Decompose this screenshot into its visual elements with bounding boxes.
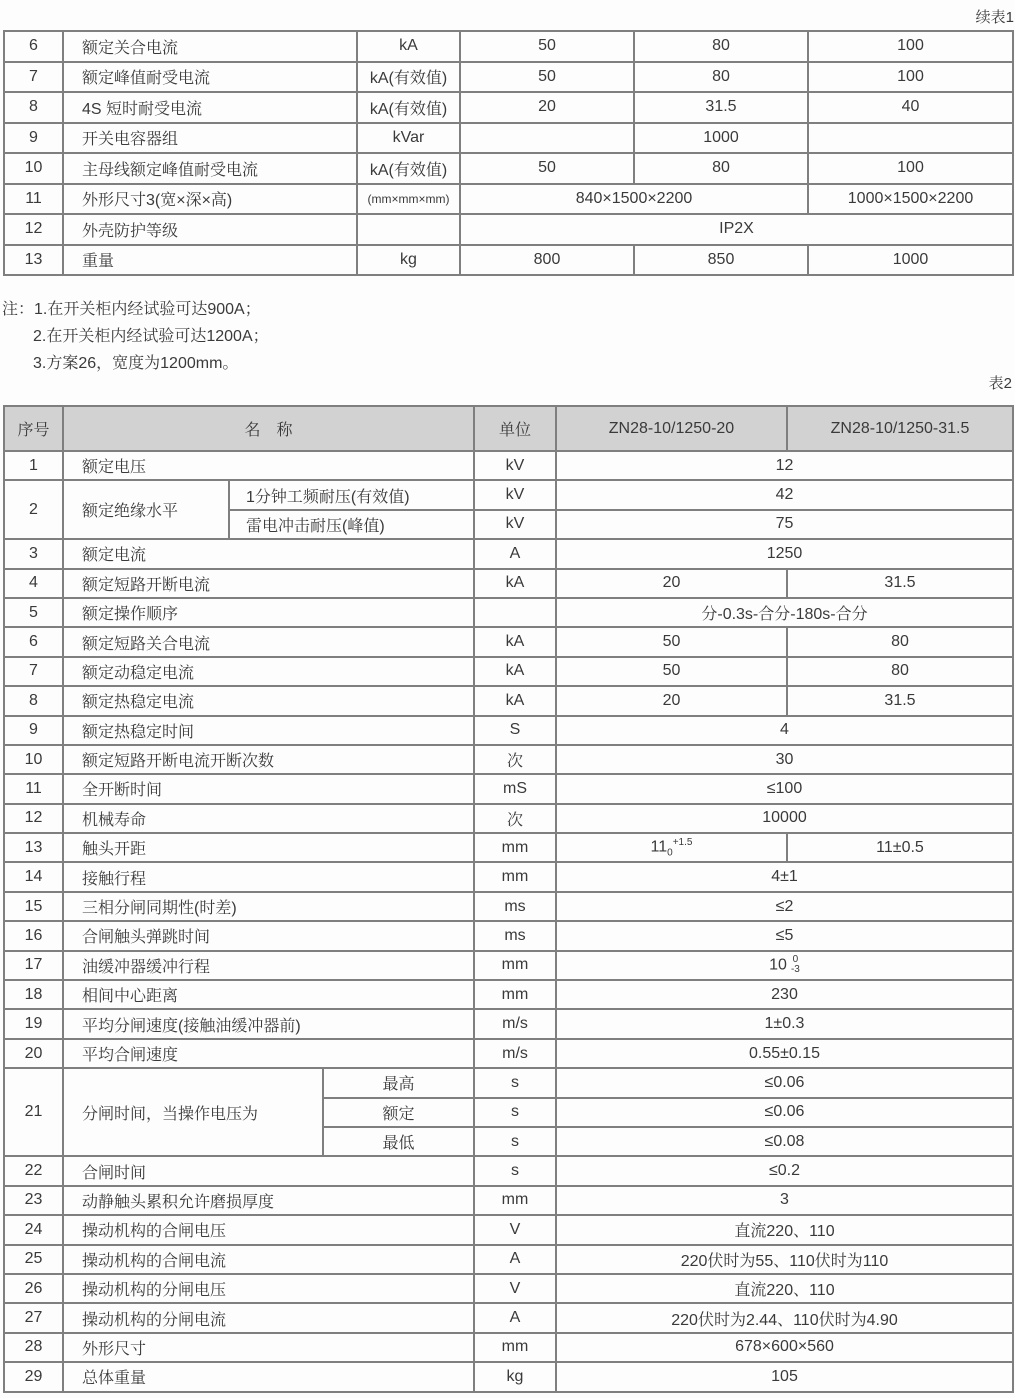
serial-cell: 11 (4, 184, 63, 215)
table-row: 27操动机构的分闸电流A220伏时为2.44、110伏时为4.90 (4, 1303, 1013, 1332)
serial-cell: 27 (4, 1303, 63, 1332)
serial-cell: 8 (4, 686, 63, 715)
name-cell: 额定短路关合电流 (63, 627, 474, 656)
value-cell: 1000×1500×2200 (808, 184, 1013, 215)
note-item-2: 2.在开关柜内经试验可达1200A； (2, 323, 269, 350)
serial-cell: 29 (4, 1362, 63, 1391)
name-cell: 额定峰值耐受电流 (63, 62, 357, 93)
unit-cell: kA (357, 31, 460, 62)
name-cell: 触头开距 (63, 833, 474, 862)
tolerance-base: 10 (769, 957, 787, 974)
name-cell: 重量 (63, 245, 357, 276)
table-row: 15三相分闸同期性(时差)ms≤2 (4, 892, 1013, 921)
table-row: 9开关电容器组kVar1000 (4, 123, 1013, 154)
serial-cell: 6 (4, 627, 63, 656)
table-row: 10额定短路开断电流开断次数次30 (4, 745, 1013, 774)
serial-cell: 21 (4, 1068, 63, 1156)
value-cell: 850 (634, 245, 808, 276)
unit-cell: V (474, 1215, 556, 1244)
value-cell: ≤5 (556, 921, 1013, 950)
sub-name-cell: 最高 (323, 1068, 474, 1097)
table1-caption: 续表1 (976, 6, 1014, 27)
serial-cell: 20 (4, 1039, 63, 1068)
tolerance-lower: 0 (667, 848, 673, 859)
value-cell: 40 (808, 92, 1013, 123)
serial-cell: 7 (4, 657, 63, 686)
unit-cell: s (474, 1098, 556, 1127)
unit-cell: s (474, 1068, 556, 1097)
name-cell: 操动机构的分闸电流 (63, 1303, 474, 1332)
serial-cell: 26 (4, 1274, 63, 1303)
unit-cell: A (474, 1303, 556, 1332)
name-cell: 操动机构的合闸电流 (63, 1245, 474, 1274)
value-cell: 3 (556, 1186, 1013, 1215)
value-cell: 100-3 (556, 951, 1013, 980)
serial-cell: 1 (4, 451, 63, 480)
unit-cell: kA (474, 686, 556, 715)
unit-cell: mm (474, 833, 556, 862)
name-cell: 操动机构的分闸电压 (63, 1274, 474, 1303)
value-cell: ≤0.06 (556, 1068, 1013, 1097)
serial-cell: 13 (4, 245, 63, 276)
group-name-cell: 分闸时间，当操作电压为 (63, 1068, 323, 1156)
unit-cell: mm (474, 1186, 556, 1215)
value-cell: 42 (556, 480, 1013, 509)
table-row: 9额定热稳定时间S4 (4, 716, 1013, 745)
sub-name-cell: 额定 (323, 1098, 474, 1127)
value-cell: 80 (634, 31, 808, 62)
value-cell: 0.55±0.15 (556, 1039, 1013, 1068)
serial-cell: 28 (4, 1333, 63, 1362)
name-cell: 4S 短时耐受电流 (63, 92, 357, 123)
value-cell: 50 (460, 153, 634, 184)
serial-cell: 3 (4, 539, 63, 568)
table-row: 21分闸时间，当操作电压为最高s≤0.06 (4, 1068, 1013, 1097)
serial-cell: 6 (4, 31, 63, 62)
unit-cell: 次 (474, 745, 556, 774)
spec-table-continued: 6额定关合电流kA50801007额定峰值耐受电流kA(有效值)50801008… (3, 30, 1014, 276)
value-cell: ≤2 (556, 892, 1013, 921)
unit-cell: kV (474, 480, 556, 509)
unit-cell: kA (474, 627, 556, 656)
table-row: 6额定短路关合电流kA5080 (4, 627, 1013, 656)
unit-cell (474, 598, 556, 627)
value-cell: 50 (556, 627, 787, 656)
serial-cell: 13 (4, 833, 63, 862)
serial-cell: 19 (4, 1009, 63, 1038)
value-cell: 110+1.5 (556, 833, 787, 862)
value-cell: 50 (460, 31, 634, 62)
name-cell: 合闸触头弹跳时间 (63, 921, 474, 950)
name-cell: 外形尺寸3(宽×深×高) (63, 184, 357, 215)
unit-cell: kA (474, 569, 556, 598)
name-cell: 平均合闸速度 (63, 1039, 474, 1068)
serial-cell: 9 (4, 716, 63, 745)
document-page: 续表1 6额定关合电流kA50801007额定峰值耐受电流kA(有效值)5080… (0, 0, 1015, 1398)
name-cell: 油缓冲器缓冲行程 (63, 951, 474, 980)
value-cell: 100 (808, 153, 1013, 184)
unit-cell: kg (474, 1362, 556, 1391)
name-cell: 相间中心距离 (63, 980, 474, 1009)
notes-prefix: 注： (2, 301, 34, 318)
table-row: 19平均分闸速度(接触油缓冲器前)m/s1±0.3 (4, 1009, 1013, 1038)
sub-name-cell: 雷电冲击耐压(峰值) (229, 510, 474, 539)
value-cell: 31.5 (787, 686, 1013, 715)
header-model-2: ZN28-10/1250-31.5 (787, 406, 1013, 451)
table-row: 1额定电压kV12 (4, 451, 1013, 480)
value-cell: 230 (556, 980, 1013, 1009)
unit-cell: kA (474, 657, 556, 686)
value-cell: 220伏时为55、110伏时为110 (556, 1245, 1013, 1274)
name-cell: 接触行程 (63, 862, 474, 891)
serial-cell: 25 (4, 1245, 63, 1274)
serial-cell: 18 (4, 980, 63, 1009)
value-cell: 直流220、110 (556, 1215, 1013, 1244)
value-cell (808, 123, 1013, 154)
zn28-spec-table: 序号 名 称 单位 ZN28-10/1250-20 ZN28-10/1250-3… (3, 405, 1014, 1393)
table-row: 3额定电流A1250 (4, 539, 1013, 568)
value-cell: 31.5 (787, 569, 1013, 598)
value-cell: 800 (460, 245, 634, 276)
unit-cell (357, 214, 460, 245)
name-cell: 外形尺寸 (63, 1333, 474, 1362)
name-cell: 动静触头累积允许磨损厚度 (63, 1186, 474, 1215)
note-item-3: 3.方案26，宽度为1200mm。 (2, 350, 269, 377)
table-row: 7额定峰值耐受电流kA(有效值)5080100 (4, 62, 1013, 93)
value-cell: 80 (634, 62, 808, 93)
table-row: 26操动机构的分闸电压V直流220、110 (4, 1274, 1013, 1303)
serial-cell: 12 (4, 804, 63, 833)
name-cell: 机械寿命 (63, 804, 474, 833)
header-serial: 序号 (4, 406, 63, 451)
table-row: 84S 短时耐受电流kA(有效值)2031.540 (4, 92, 1013, 123)
name-cell: 全开断时间 (63, 774, 474, 803)
name-cell: 合闸时间 (63, 1156, 474, 1185)
table-row: 11全开断时间mS≤100 (4, 774, 1013, 803)
header-model-1: ZN28-10/1250-20 (556, 406, 787, 451)
value-cell: 1±0.3 (556, 1009, 1013, 1038)
value-cell: 220伏时为2.44、110伏时为4.90 (556, 1303, 1013, 1332)
table-row: 17油缓冲器缓冲行程mm100-3 (4, 951, 1013, 980)
name-cell: 额定操作顺序 (63, 598, 474, 627)
table-row: 14接触行程mm4±1 (4, 862, 1013, 891)
note-line-1: 注：1.在开关柜内经试验可达900A； (2, 296, 269, 323)
unit-cell: s (474, 1156, 556, 1185)
table-row: 4额定短路开断电流kA2031.5 (4, 569, 1013, 598)
table-row: 12机械寿命次10000 (4, 804, 1013, 833)
value-cell: 1000 (634, 123, 808, 154)
unit-cell: ms (474, 921, 556, 950)
value-cell: 105 (556, 1362, 1013, 1391)
value-cell: 20 (556, 569, 787, 598)
unit-cell: S (474, 716, 556, 745)
name-cell: 额定热稳定时间 (63, 716, 474, 745)
name-cell: 外壳防护等级 (63, 214, 357, 245)
value-cell: 直流220、110 (556, 1274, 1013, 1303)
value-cell: 80 (787, 627, 1013, 656)
table-row: 10主母线额定峰值耐受电流kA(有效值)5080100 (4, 153, 1013, 184)
name-cell: 开关电容器组 (63, 123, 357, 154)
table-row: 29总体重量kg105 (4, 1362, 1013, 1391)
table-row: 13重量kg8008501000 (4, 245, 1013, 276)
value-cell: 31.5 (634, 92, 808, 123)
value-cell (460, 123, 634, 154)
serial-cell: 17 (4, 951, 63, 980)
table-row: 20平均合闸速度m/s0.55±0.15 (4, 1039, 1013, 1068)
unit-cell: A (474, 1245, 556, 1274)
name-cell: 额定动稳定电流 (63, 657, 474, 686)
serial-cell: 5 (4, 598, 63, 627)
value-cell: 1000 (808, 245, 1013, 276)
value-cell: ≤100 (556, 774, 1013, 803)
unit-cell: 次 (474, 804, 556, 833)
serial-cell: 16 (4, 921, 63, 950)
unit-cell: m/s (474, 1039, 556, 1068)
name-cell: 总体重量 (63, 1362, 474, 1391)
unit-cell: kA(有效值) (357, 153, 460, 184)
value-cell: 12 (556, 451, 1013, 480)
value-cell: ≤0.06 (556, 1098, 1013, 1127)
table2-header-row: 序号 名 称 单位 ZN28-10/1250-20 ZN28-10/1250-3… (4, 406, 1013, 451)
value-cell: 10000 (556, 804, 1013, 833)
value-cell: 100 (808, 62, 1013, 93)
serial-cell: 24 (4, 1215, 63, 1244)
serial-cell: 22 (4, 1156, 63, 1185)
name-cell: 额定短路开断电流开断次数 (63, 745, 474, 774)
unit-cell: kA(有效值) (357, 92, 460, 123)
value-cell: 50 (460, 62, 634, 93)
unit-cell: V (474, 1274, 556, 1303)
table-row: 23动静触头累积允许磨损厚度mm3 (4, 1186, 1013, 1215)
value-cell: 分-0.3s-合分-180s-合分 (556, 598, 1013, 627)
table-row: 24操动机构的合闸电压V直流220、110 (4, 1215, 1013, 1244)
value-cell: 75 (556, 510, 1013, 539)
unit-cell: s (474, 1127, 556, 1156)
serial-cell: 10 (4, 153, 63, 184)
tolerance-lower: -3 (791, 965, 800, 976)
serial-cell: 8 (4, 92, 63, 123)
value-cell: 840×1500×2200 (460, 184, 808, 215)
value-cell: IP2X (460, 214, 1013, 245)
table-row: 2额定绝缘水平1分钟工频耐压(有效值)kV42 (4, 480, 1013, 509)
table-row: 12外壳防护等级IP2X (4, 214, 1013, 245)
serial-cell: 14 (4, 862, 63, 891)
table-row: 25操动机构的合闸电流A220伏时为55、110伏时为110 (4, 1245, 1013, 1274)
unit-cell: A (474, 539, 556, 568)
unit-cell: kV (474, 510, 556, 539)
unit-cell: kV (474, 451, 556, 480)
name-cell: 三相分闸同期性(时差) (63, 892, 474, 921)
value-cell: 80 (634, 153, 808, 184)
value-cell: 4 (556, 716, 1013, 745)
serial-cell: 10 (4, 745, 63, 774)
note-item-1: 1.在开关柜内经试验可达900A； (34, 301, 261, 318)
unit-cell: m/s (474, 1009, 556, 1038)
table-row: 18相间中心距离mm230 (4, 980, 1013, 1009)
unit-cell: mm (474, 1333, 556, 1362)
serial-cell: 11 (4, 774, 63, 803)
serial-cell: 15 (4, 892, 63, 921)
name-cell: 额定短路开断电流 (63, 569, 474, 598)
value-cell: 80 (787, 657, 1013, 686)
notes: 注：1.在开关柜内经试验可达900A； 2.在开关柜内经试验可达1200A； 3… (2, 296, 269, 377)
serial-cell: 4 (4, 569, 63, 598)
name-cell: 主母线额定峰值耐受电流 (63, 153, 357, 184)
table-row: 13触头开距mm110+1.511±0.5 (4, 833, 1013, 862)
name-cell: 额定关合电流 (63, 31, 357, 62)
name-cell: 操动机构的合闸电压 (63, 1215, 474, 1244)
value-cell: 50 (556, 657, 787, 686)
tolerance-base: 11 (651, 838, 668, 855)
table-row: 7额定动稳定电流kA5080 (4, 657, 1013, 686)
table-row: 5额定操作顺序分-0.3s-合分-180s-合分 (4, 598, 1013, 627)
tolerance-stack: 0-3 (791, 955, 800, 976)
unit-cell: kVar (357, 123, 460, 154)
name-cell: 额定电压 (63, 451, 474, 480)
unit-cell: mS (474, 774, 556, 803)
unit-cell: mm (474, 862, 556, 891)
name-cell: 额定电流 (63, 539, 474, 568)
serial-cell: 9 (4, 123, 63, 154)
serial-cell: 12 (4, 214, 63, 245)
value-cell: 30 (556, 745, 1013, 774)
unit-cell: mm (474, 951, 556, 980)
unit-cell: kg (357, 245, 460, 276)
value-cell: 1250 (556, 539, 1013, 568)
unit-cell: ms (474, 892, 556, 921)
table-row: 28外形尺寸mm678×600×560 (4, 1333, 1013, 1362)
table-row: 22合闸时间s≤0.2 (4, 1156, 1013, 1185)
value-cell: ≤0.2 (556, 1156, 1013, 1185)
table-row: 16合闸触头弹跳时间ms≤5 (4, 921, 1013, 950)
value-cell: 678×600×560 (556, 1333, 1013, 1362)
tolerance-upper: +1.5 (673, 837, 693, 848)
table-row: 6额定关合电流kA5080100 (4, 31, 1013, 62)
sub-name-cell: 最低 (323, 1127, 474, 1156)
value-cell: 20 (556, 686, 787, 715)
unit-cell: kA(有效值) (357, 62, 460, 93)
table2-caption: 表2 (989, 372, 1012, 393)
serial-cell: 7 (4, 62, 63, 93)
value-cell: 20 (460, 92, 634, 123)
value-cell: 11±0.5 (787, 833, 1013, 862)
group-name-cell: 额定绝缘水平 (63, 480, 229, 539)
serial-cell: 2 (4, 480, 63, 539)
serial-cell: 23 (4, 1186, 63, 1215)
header-unit: 单位 (474, 406, 556, 451)
header-name: 名 称 (63, 406, 474, 451)
sub-name-cell: 1分钟工频耐压(有效值) (229, 480, 474, 509)
name-cell: 额定热稳定电流 (63, 686, 474, 715)
table-row: 11外形尺寸3(宽×深×高)(mm×mm×mm)840×1500×2200100… (4, 184, 1013, 215)
value-cell: ≤0.08 (556, 1127, 1013, 1156)
table-row: 8额定热稳定电流kA2031.5 (4, 686, 1013, 715)
unit-cell: mm (474, 980, 556, 1009)
unit-cell: (mm×mm×mm) (357, 184, 460, 215)
value-cell: 4±1 (556, 862, 1013, 891)
name-cell: 平均分闸速度(接触油缓冲器前) (63, 1009, 474, 1038)
value-cell: 100 (808, 31, 1013, 62)
